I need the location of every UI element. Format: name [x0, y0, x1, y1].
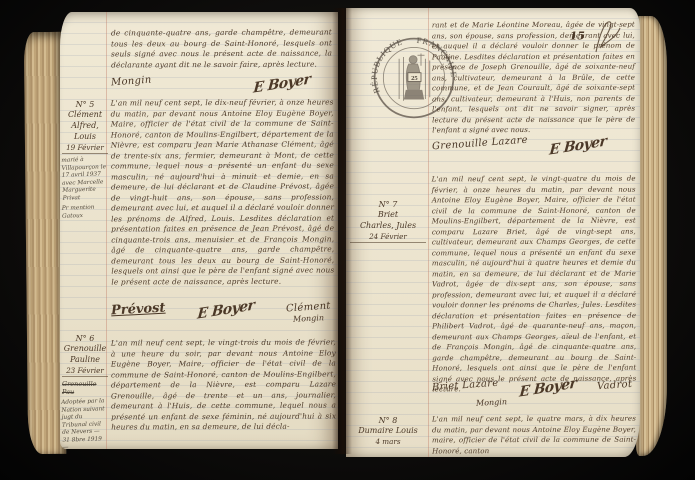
signature-mongin: Mongin: [293, 313, 324, 324]
signature-vadrot: Vadrot: [596, 379, 632, 392]
entry-date: 24 Février: [350, 231, 426, 243]
entry-firstnames: Pauline: [62, 354, 108, 365]
register-page-right: 15 RÉPUBLIQUE FRANÇAISE: [346, 8, 640, 457]
signature-prevost: Prévost: [111, 301, 166, 319]
entry-date: 19 Février: [62, 142, 108, 154]
act6-continuation-text: rant et de Marie Léontine Moreau, âgée d…: [432, 20, 635, 136]
entry-7-margin: N° 7 Briet Charles, Jules 24 Février: [350, 200, 426, 243]
entry-5-act-text: L'an mil neuf cent sept, le dix-neuf fév…: [111, 98, 335, 288]
signature-mongin: Mongin: [111, 75, 152, 89]
entry-date: 4 mars: [350, 436, 426, 447]
entry-surname: Briet: [350, 209, 426, 220]
entry-7-act-text: L'an mil neuf cent sept, le vingt-quatre…: [432, 174, 637, 395]
signature-mayor-paraph: E Boyer: [197, 297, 255, 322]
entry-surname: Dumaire Louis: [350, 425, 426, 436]
mention-signature-note: Pr mention Gatoux: [62, 204, 108, 221]
marriage-mention-note: marié à Villapourçon le 17 avril 1937 av…: [61, 156, 109, 203]
register-scan: de cinquante-quatre ans, garde champêtre…: [0, 0, 695, 480]
stamp-value: 25: [411, 75, 418, 82]
signature-mongin: Mongin: [476, 397, 507, 408]
book-page-edges-right: [636, 16, 667, 456]
entry-number: N° 8: [350, 416, 426, 425]
struck-out-note: Grenouille Pau: [62, 380, 108, 396]
entry-number: N° 6: [62, 334, 108, 343]
entry-firstnames: Charles, Jules: [350, 220, 426, 231]
entry-5-margin: N° 5 Clément Alfred, Louis 19 Février ma…: [62, 100, 108, 220]
entry-8-margin: N° 8 Dumaire Louis 4 mars: [350, 416, 426, 447]
signature-clement: Clément: [286, 300, 331, 314]
entry-number: N° 7: [350, 200, 426, 209]
adoption-mention-note: Adoptée par la Nation suivant jugt du Tr…: [61, 398, 109, 449]
act4-continuation-text: de cinquante-quatre ans, garde champêtre…: [111, 28, 332, 71]
entry-8-act-text: L'an mil neuf cent sept, le quatre mars,…: [432, 414, 636, 457]
entry-6-margin: N° 6 Grenouille Pauline 23 Février Greno…: [62, 334, 108, 449]
signature-grenouille-lazare: Grenouille Lazare: [432, 135, 528, 153]
signature-briet-lazare: Briet Lazare: [432, 378, 499, 394]
entry-surname: Clément: [62, 109, 108, 120]
entry-firstnames: Alfred, Louis: [62, 120, 108, 142]
signature-mayor-paraph: E Boyer: [549, 133, 607, 158]
signature-mayor-paraph: E Boyer: [518, 375, 576, 400]
entry-6-act-text: L'an mil neuf cent sept, le vingt-trois …: [111, 338, 336, 433]
entry-number: N° 5: [62, 100, 108, 109]
entry-surname: Grenouille: [62, 343, 108, 354]
register-page-left: de cinquante-quatre ans, garde champêtre…: [60, 12, 338, 449]
signature-mayor-paraph: E Boyer: [253, 71, 311, 96]
entry-date: 23 Février: [62, 365, 108, 377]
